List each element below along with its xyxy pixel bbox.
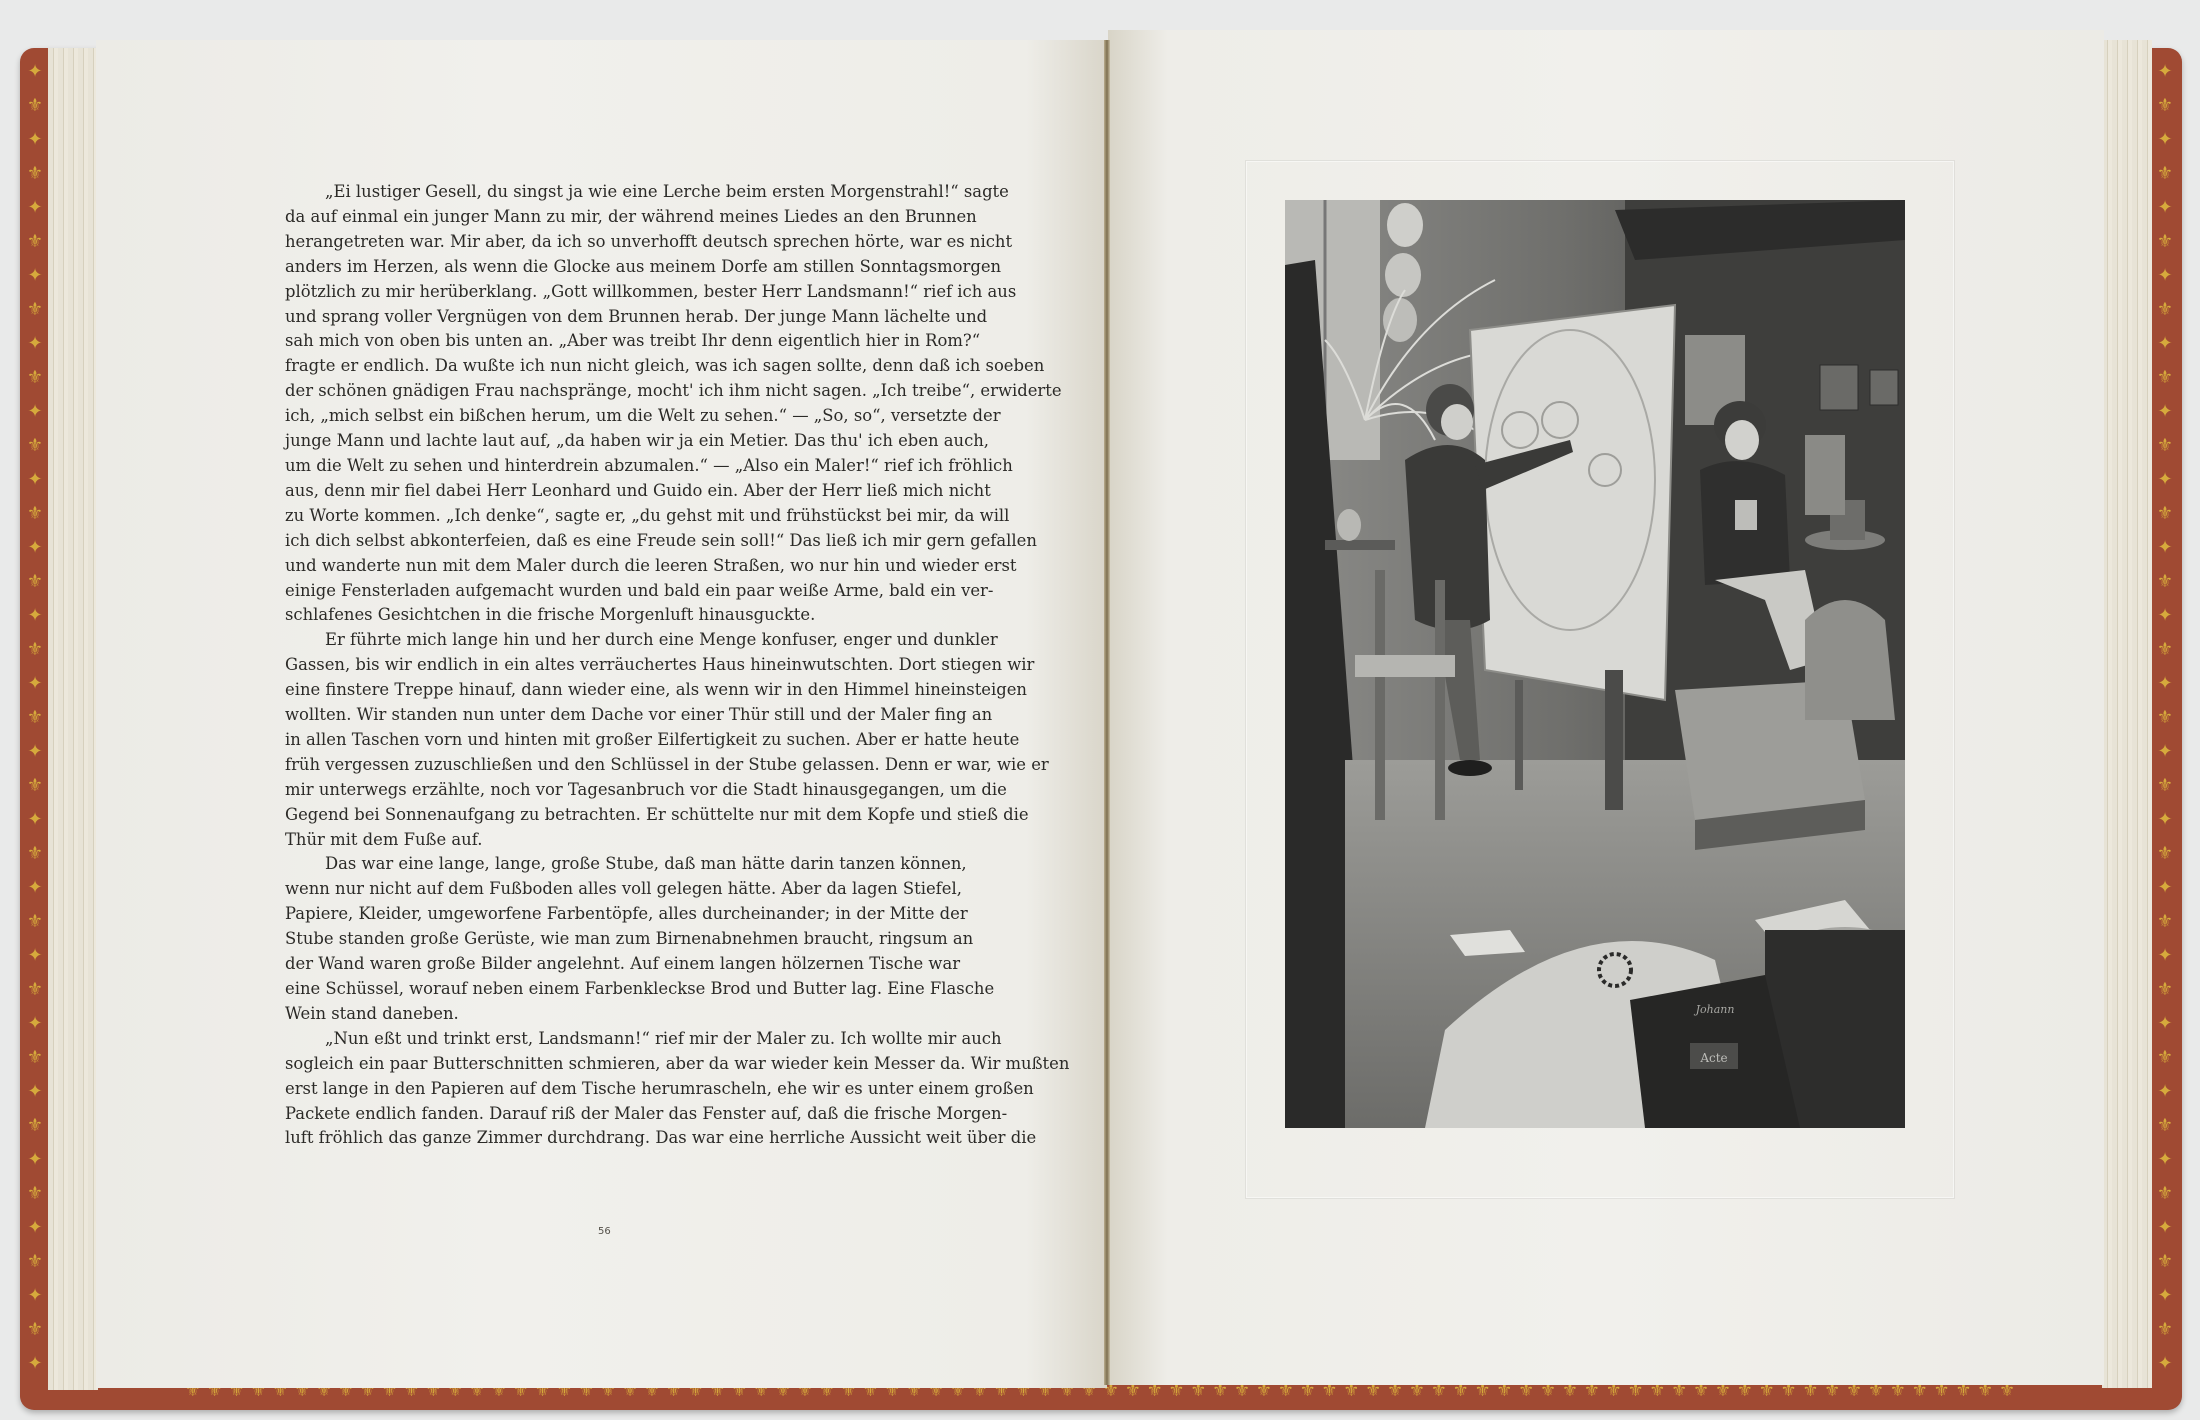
text-line: erst lange in den Papieren auf dem Tisch… xyxy=(285,1077,936,1102)
text-line: fragte er endlich. Da wußte ich nun nich… xyxy=(285,354,936,379)
text-line: mir unterwegs erzählte, noch vor Tagesan… xyxy=(285,778,936,803)
text-line: der Wand waren große Bilder angelehnt. A… xyxy=(285,952,936,977)
text-line: „Ei lustiger Gesell, du singst ja wie ei… xyxy=(285,180,936,205)
text-line: in allen Taschen vorn und hinten mit gro… xyxy=(285,728,936,753)
text-line: und sprang voller Vergnügen von dem Brun… xyxy=(285,305,936,330)
text-line: Thür mit dem Fuße auf. xyxy=(285,828,936,853)
text-line: um die Welt zu sehen und hinterdrein abz… xyxy=(285,454,936,479)
text-line: einige Fensterladen aufgemacht wurden un… xyxy=(285,579,936,604)
text-line: anders im Herzen, als wenn die Glocke au… xyxy=(285,255,936,280)
text-line: Wein stand daneben. xyxy=(285,1002,936,1027)
text-line: schlafenes Gesichtchen in die frische Mo… xyxy=(285,603,936,628)
engraving-artwork: Acte Johann xyxy=(1285,200,1905,1128)
text-line: sogleich ein paar Butterschnitten schmie… xyxy=(285,1052,936,1077)
portfolio-inscription: Johann xyxy=(1694,1003,1735,1016)
page-number: 56 xyxy=(598,1226,611,1237)
text-line: Gassen, bis wir endlich in ein altes ver… xyxy=(285,653,936,678)
book-gutter xyxy=(1104,40,1110,1385)
text-line: aus, denn mir fiel dabei Herr Leonhard u… xyxy=(285,479,936,504)
text-line: Stube standen große Gerüste, wie man zum… xyxy=(285,927,936,952)
text-line: ich, „mich selbst ein bißchen herum, um … xyxy=(285,404,936,429)
text-line: luft fröhlich das ganze Zimmer durchdran… xyxy=(285,1126,936,1151)
text-line: und wanderte nun mit dem Maler durch die… xyxy=(285,554,936,579)
text-line: wenn nur nicht auf dem Fußboden alles vo… xyxy=(285,877,936,902)
text-line: Er führte mich lange hin und her durch e… xyxy=(285,628,936,653)
gilt-ornament-right: ✦⚜✦⚜✦⚜✦⚜✦⚜✦⚜✦⚜✦⚜✦⚜✦⚜✦⚜✦⚜✦⚜✦⚜✦⚜✦⚜✦⚜✦⚜✦⚜✦ xyxy=(2152,55,2178,1385)
text-line: Das war eine lange, lange, große Stube, … xyxy=(285,852,936,877)
page-edges-right xyxy=(2102,40,2152,1388)
text-line: eine Schüssel, worauf neben einem Farben… xyxy=(285,977,936,1002)
gilt-ornament-left: ✦⚜✦⚜✦⚜✦⚜✦⚜✦⚜✦⚜✦⚜✦⚜✦⚜✦⚜✦⚜✦⚜✦⚜✦⚜✦⚜✦⚜✦⚜✦⚜✦ xyxy=(22,55,48,1385)
text-line: ich dich selbst abkonterfeien, daß es ei… xyxy=(285,529,936,554)
text-line: Packete endlich fanden. Darauf riß der M… xyxy=(285,1102,936,1127)
text-line: zu Worte kommen. „Ich denke“, sagte er, … xyxy=(285,504,936,529)
text-line: „Nun eßt und trinkt erst, Landsmann!“ ri… xyxy=(285,1027,936,1052)
text-line: Papiere, Kleider, umgeworfene Farbentöpf… xyxy=(285,902,936,927)
text-line: früh vergessen zuzuschließen und den Sch… xyxy=(285,753,936,778)
text-line: herangetreten war. Mir aber, da ich so u… xyxy=(285,230,936,255)
text-line: junge Mann und lachte laut auf, „da habe… xyxy=(285,429,936,454)
page-edges-left xyxy=(48,48,98,1390)
text-line: Gegend bei Sonnenaufgang zu betrachten. … xyxy=(285,803,936,828)
studio-illustration: Acte Johann xyxy=(1285,200,1905,1128)
text-line: wollten. Wir standen nun unter dem Dache… xyxy=(285,703,936,728)
portfolio-label: Acte xyxy=(1699,1051,1727,1065)
text-line: der schönen gnädigen Frau nachspränge, m… xyxy=(285,379,936,404)
text-line: da auf einmal ein junger Mann zu mir, de… xyxy=(285,205,936,230)
text-line: plötzlich zu mir herüberklang. „Gott wil… xyxy=(285,280,936,305)
text-line: eine finstere Treppe hinauf, dann wieder… xyxy=(285,678,936,703)
text-line: sah mich von oben bis unten an. „Aber wa… xyxy=(285,329,936,354)
body-text: „Ei lustiger Gesell, du singst ja wie ei… xyxy=(285,180,936,1151)
